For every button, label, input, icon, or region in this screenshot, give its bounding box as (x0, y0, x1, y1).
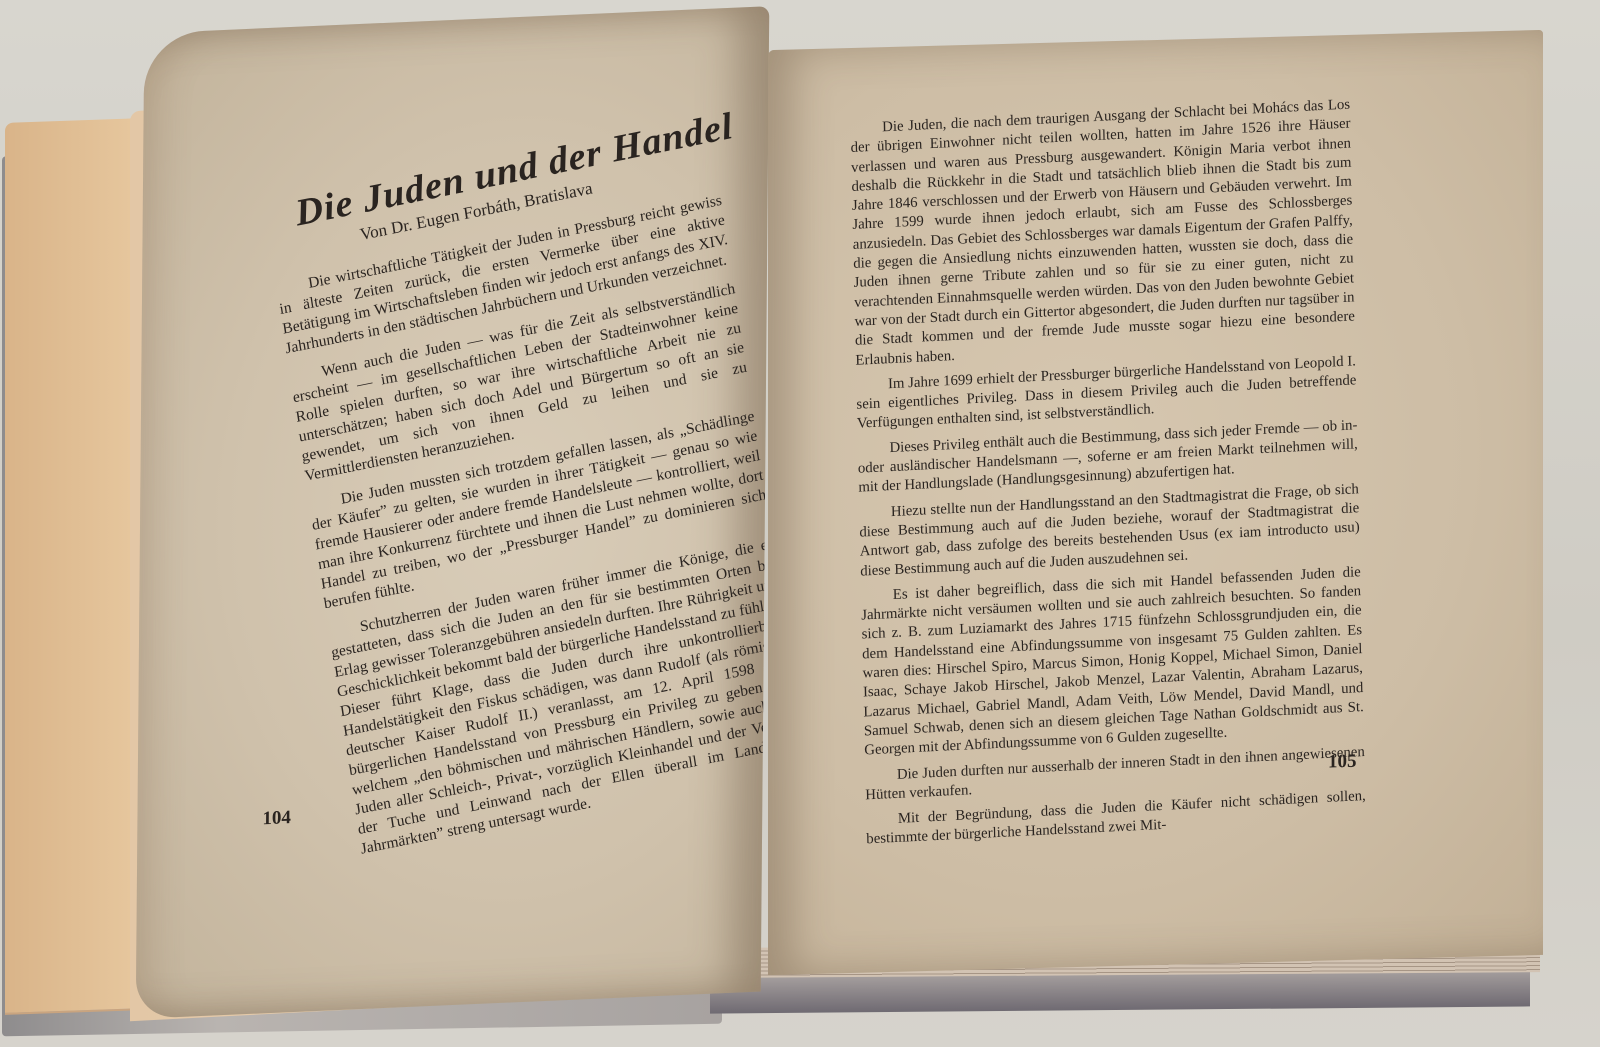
left-page: Die Juden und der Handel Von Dr. Eugen F… (136, 6, 770, 1019)
left-page-text: Die Juden und der Handel Von Dr. Eugen F… (263, 108, 769, 869)
right-page: Die Juden, die nach dem traurigen Ausgan… (768, 30, 1543, 975)
book-photo: Die Juden und der Handel Von Dr. Eugen F… (0, 0, 1600, 1047)
right-page-text: Die Juden, die nach dem traurigen Ausgan… (850, 96, 1367, 856)
page-number-left: 104 (262, 807, 291, 830)
paragraph: Es ist daher begreiflich, dass die sich … (861, 563, 1365, 761)
page-number-right: 105 (1328, 751, 1357, 774)
paragraph: Die Juden, die nach dem traurigen Ausgan… (850, 96, 1356, 371)
